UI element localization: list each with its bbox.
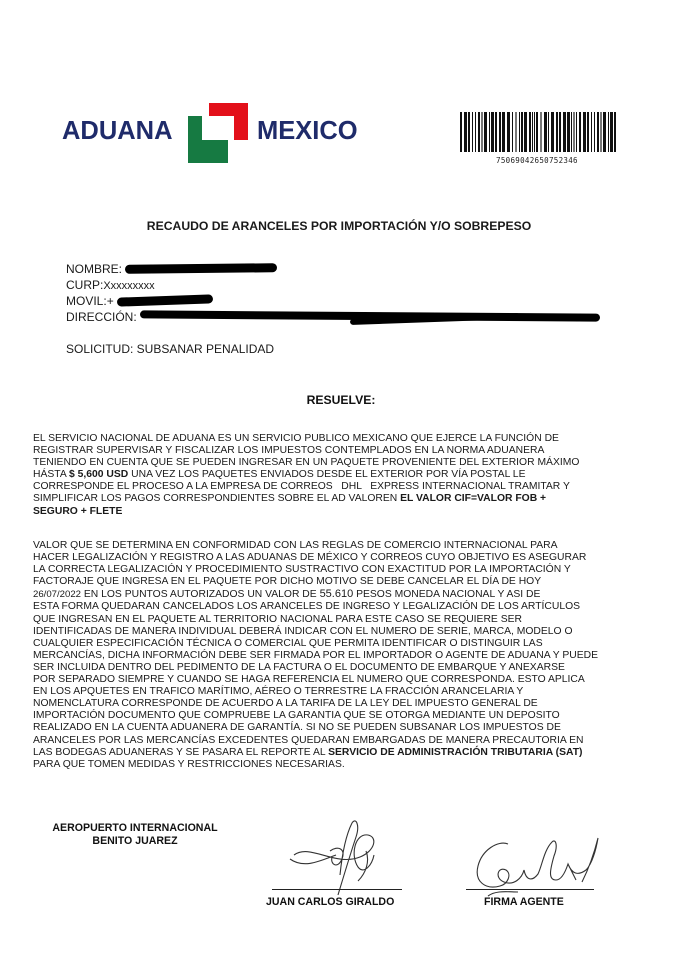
aduana-mexico-logo: ADUANA MEXICO [62, 103, 372, 165]
paragraph-line: IDENTIFICADAS DE MANERA INDIVIDUAL DEBER… [33, 626, 673, 638]
payment-date: 26/07/2022 [33, 589, 81, 600]
paragraph-line: PARA QUE TOMEN MEDIDAS Y RESTRICCIONES N… [33, 759, 673, 771]
curp-value: Xxxxxxxxx [103, 280, 154, 292]
barcode-number: 75069042650752346 [496, 156, 578, 165]
direccion-field: DIRECCIÓN: [66, 310, 137, 324]
airport-line-1: AEROPUERTO INTERNACIONAL [40, 822, 230, 835]
paragraph-line: SER INCLUIDA DENTRO DEL PEDIMENTO DE LA … [33, 662, 673, 674]
barcode [460, 112, 620, 152]
paragraph-line: CORRESPONDE EL PROCESO A LA EMPRESA DE C… [33, 481, 673, 493]
max-amount: $ 5,600 USD [69, 469, 128, 480]
paragraph-line: MERCANCÍAS, DICHA INFORMACIÓN DEBE SER F… [33, 650, 673, 662]
nombre-redaction [125, 263, 277, 274]
airport-line-2: BENITO JUAREZ [40, 835, 230, 848]
paragraph-line: IMPORTACIÓN DOCUMENTO QUE COMPRUEBE LA G… [33, 710, 673, 722]
signature-name-2: FIRMA AGENTE [484, 896, 564, 908]
signature-juan-carlos-icon [280, 815, 400, 900]
paragraph-line: ARANCELES POR LAS MERCANCÍAS EXCEDENTES … [33, 735, 673, 747]
logo-word-left: ADUANA [62, 117, 173, 146]
curp-label: CURP: [66, 278, 103, 292]
paragraph-line: ESTA FORMA QUEDARAN CANCELADOS LOS ARANC… [33, 601, 673, 613]
paragraph-line: QUE INGRESAN EN EL PAQUETE AL TERRITORIO… [33, 614, 673, 626]
nombre-label: NOMBRE: [66, 262, 122, 276]
paragraph-line: CUALQUIER ESPECIFICACIÓN TÉCNICA O COMER… [33, 638, 673, 650]
movil-label: MOVIL: [66, 294, 107, 308]
paragraph-line: HÁSTA $ 5,600 USD UNA VEZ LOS PAQUETES E… [33, 469, 673, 481]
paragraph-2: VALOR QUE SE DETERMINA EN CONFORMIDAD CO… [33, 540, 673, 771]
barcode-icon [460, 112, 620, 152]
paragraph-line: POR SEPARADO SIEMPRE Y CUANDO SE HAGA RE… [33, 674, 673, 686]
paragraph-line: SEGURO + FLETE [33, 506, 673, 518]
solicitud: SOLICITUD: SUBSANAR PENALIDAD [66, 342, 274, 356]
paragraph-line: HACER LEGALIZACIÓN Y REGISTRO A LAS ADUA… [33, 552, 673, 564]
document-title: RECAUDO DE ARANCELES POR IMPORTACIÓN Y/O… [0, 219, 678, 233]
direccion-label: DIRECCIÓN: [66, 310, 137, 324]
payment-amount: 55.610 [320, 588, 354, 600]
paragraph-line: EL SERVICIO NACIONAL DE ADUANA ES UN SER… [33, 433, 673, 445]
paragraph-1: EL SERVICIO NACIONAL DE ADUANA ES UN SER… [33, 433, 673, 518]
paragraph-line: REALIZADO EN LA CUENTA ADUANERA DE GARAN… [33, 722, 673, 734]
movil-redaction [117, 294, 213, 306]
paragraph-line: REGISTRAR SUPERVISAR Y FISCALIZAR LOS IM… [33, 445, 673, 457]
movil-field: MOVIL:+ [66, 294, 114, 308]
signature-agent-icon [468, 830, 603, 905]
paragraph-line: SIMPLIFICAR LOS PAGOS CORRESPONDIENTES S… [33, 493, 673, 505]
paragraph-line: TENIENDO EN CUENTA QUE SE PUEDEN INGRESA… [33, 457, 673, 469]
paragraph-line: 26/07/2022 EN LOS PUNTOS AUTORIZADOS UN … [33, 588, 673, 601]
logo-word-right: MEXICO [257, 117, 358, 146]
paragraph-line: VALOR QUE SE DETERMINA EN CONFORMIDAD CO… [33, 540, 673, 552]
curp-field: CURP:Xxxxxxxxx [66, 278, 155, 292]
paragraph-line: LA CORRECTA LEGALIZACIÓN Y PROCEDIMIENTO… [33, 564, 673, 576]
airport-name: AEROPUERTO INTERNACIONAL BENITO JUAREZ [40, 822, 230, 848]
paragraph-line: EN LOS APQUETES EN TRAFICO MARÍTIMO, AÉR… [33, 686, 673, 698]
paragraph-line: FACTORAJE QUE INGRESA EN EL PAQUETE POR … [33, 576, 673, 588]
paragraph-line: NOMENCLATURA CORRESPONDE DE ACUERDO A LA… [33, 698, 673, 710]
resuelve-heading: RESUELVE: [2, 393, 678, 407]
logo-squares-icon [188, 103, 248, 163]
signature-line-1 [272, 889, 402, 890]
nombre-field: NOMBRE: [66, 262, 122, 276]
paragraph-line: LAS BODEGAS ADUANERAS Y SE PASARA EL REP… [33, 747, 673, 759]
signature-name-1: JUAN CARLOS GIRALDO [266, 896, 394, 908]
signature-line-2 [466, 889, 594, 890]
